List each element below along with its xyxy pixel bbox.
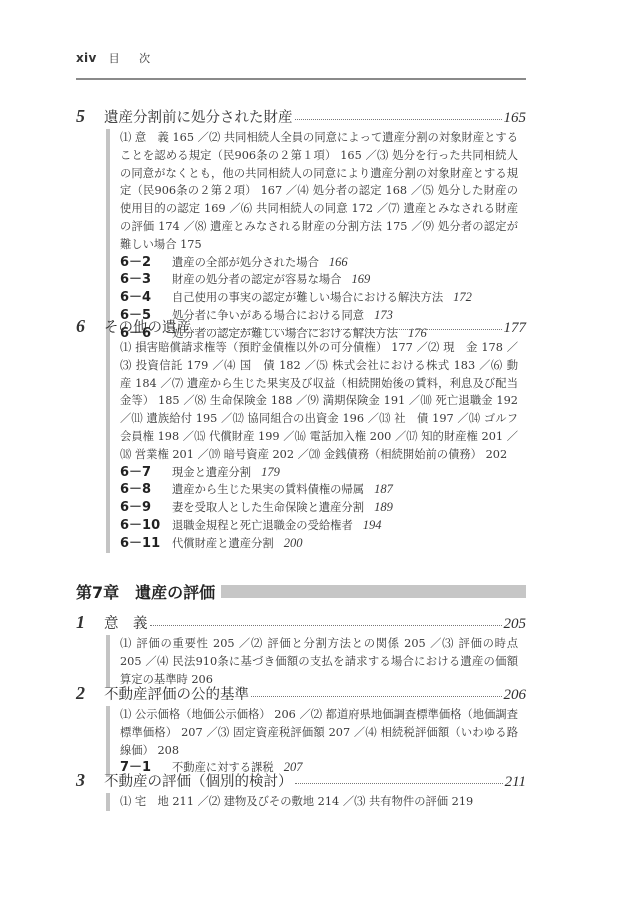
section-contents: ⑴ 損害賠償請求権等（預貯金債権以外の可分債権） 177 ／⑵ 現 金 178 … — [106, 339, 518, 553]
section-heading[interactable]: 3 不動産の評価（個別的検討） 211 — [76, 770, 526, 790]
column-number: 6－10 — [120, 517, 172, 535]
section-title: 不動産評価の公的基準 — [104, 683, 249, 704]
leader-dots — [150, 625, 502, 626]
section-heading[interactable]: 1 意 義 205 — [76, 612, 526, 632]
column-entry[interactable]: 6－9妻を受取人とした生命保険と遺産分割189 — [120, 499, 518, 517]
column-title: 現金と遺産分割 — [172, 464, 251, 482]
subsection-list: ⑴ 評価の重要性 205 ／⑵ 評価と分割方法との関係 205 ／⑶ 評価の時点… — [120, 635, 518, 688]
page-number: xiv — [76, 51, 97, 65]
section-number: 3 — [76, 770, 104, 791]
section-page: 205 — [504, 616, 527, 633]
leader-dots — [193, 329, 502, 330]
chapter-bar — [221, 585, 526, 598]
running-head: xiv 目 次 — [76, 50, 516, 66]
section-contents: ⑴ 公示価格（地価公示価格） 206 ／⑵ 都道府県地価調査標準価格（地価調査標… — [106, 706, 518, 777]
section-number: 1 — [76, 612, 104, 633]
section-page: 211 — [505, 774, 526, 791]
column-entry[interactable]: 6－2遺産の全部が処分された場合166 — [120, 254, 518, 272]
column-page: 200 — [284, 535, 303, 553]
running-title: 目 次 — [109, 50, 159, 66]
toc-section-2[interactable]: 2 不動産評価の公的基準 206 ⑴ 公示価格（地価公示価格） 206 ／⑵ 都… — [76, 683, 526, 777]
column-title: 退職金規程と死亡退職金の受給権者 — [172, 517, 353, 535]
section-heading[interactable]: 2 不動産評価の公的基準 206 — [76, 683, 526, 703]
column-number: 6－9 — [120, 499, 172, 517]
column-page: 169 — [351, 271, 370, 289]
column-title: 自己使用の事実の認定が難しい場合における解決方法 — [172, 289, 443, 307]
section-page: 177 — [504, 320, 527, 337]
column-entry[interactable]: 6－7現金と遺産分割179 — [120, 464, 518, 482]
section-title: 不動産の評価（個別的検討） — [104, 770, 293, 791]
column-number: 6－8 — [120, 481, 172, 499]
column-page: 172 — [453, 289, 472, 307]
column-entry[interactable]: 6－11代償財産と遺産分割200 — [120, 535, 518, 553]
toc-section-6[interactable]: 6 その他の遺産 177 ⑴ 損害賠償請求権等（預貯金債権以外の可分債権） 17… — [76, 316, 526, 553]
column-title: 遺産から生じた果実の賃料債権の帰属 — [172, 481, 364, 499]
column-number: 6－4 — [120, 289, 172, 307]
subsection-list: ⑴ 損害賠償請求権等（預貯金債権以外の可分債権） 177 ／⑵ 現 金 178 … — [120, 339, 518, 464]
section-page: 165 — [504, 110, 527, 127]
column-title: 代償財産と遺産分割 — [172, 535, 274, 553]
toc-section-5[interactable]: 5 遺産分割前に処分された財産 165 ⑴ 意 義 165 ／⑵ 共同相続人全員… — [76, 106, 526, 343]
section-number: 5 — [76, 106, 104, 127]
section-contents: ⑴ 宅 地 211 ／⑵ 建物及びその敷地 214 ／⑶ 共有物件の評価 219 — [106, 793, 518, 811]
leader-dots — [295, 783, 503, 784]
column-page: 189 — [374, 499, 393, 517]
header-rule — [76, 78, 526, 80]
column-title: 財産の処分者の認定が容易な場合 — [172, 271, 341, 289]
column-page: 194 — [363, 517, 382, 535]
column-number: 6－2 — [120, 254, 172, 272]
column-title: 妻を受取人とした生命保険と遺産分割 — [172, 499, 364, 517]
leader-dots — [295, 119, 502, 120]
section-number: 2 — [76, 683, 104, 704]
toc-section-1[interactable]: 1 意 義 205 ⑴ 評価の重要性 205 ／⑵ 評価と分割方法との関係 20… — [76, 612, 526, 688]
subsection-list: ⑴ 宅 地 211 ／⑵ 建物及びその敷地 214 ／⑶ 共有物件の評価 219 — [120, 793, 518, 811]
column-entry[interactable]: 6－8遺産から生じた果実の賃料債権の帰属187 — [120, 481, 518, 499]
section-title: 遺産分割前に処分された財産 — [104, 106, 293, 127]
section-page: 206 — [504, 687, 527, 704]
toc-section-3[interactable]: 3 不動産の評価（個別的検討） 211 ⑴ 宅 地 211 ／⑵ 建物及びその敷… — [76, 770, 526, 811]
subsection-list: ⑴ 意 義 165 ／⑵ 共同相続人全員の同意によって遺産分割の対象財産とするこ… — [120, 129, 518, 254]
column-number: 6－7 — [120, 464, 172, 482]
section-title: 意 義 — [104, 612, 148, 633]
leader-dots — [251, 696, 502, 697]
chapter-heading[interactable]: 第7章 遺産の評価 — [76, 580, 526, 603]
section-number: 6 — [76, 316, 104, 337]
column-title: 遺産の全部が処分された場合 — [172, 254, 319, 272]
column-number: 6－11 — [120, 535, 172, 553]
section-heading[interactable]: 5 遺産分割前に処分された財産 165 — [76, 106, 526, 126]
column-page: 179 — [261, 464, 280, 482]
chapter-title: 遺産の評価 — [135, 580, 215, 603]
subsection-list: ⑴ 公示価格（地価公示価格） 206 ／⑵ 都道府県地価調査標準価格（地価調査標… — [120, 706, 518, 759]
column-number: 6－3 — [120, 271, 172, 289]
section-contents: ⑴ 意 義 165 ／⑵ 共同相続人全員の同意によって遺産分割の対象財産とするこ… — [106, 129, 518, 343]
section-title: その他の遺産 — [104, 316, 191, 337]
column-entry[interactable]: 6－10退職金規程と死亡退職金の受給権者194 — [120, 517, 518, 535]
column-entry[interactable]: 6－3財産の処分者の認定が容易な場合169 — [120, 271, 518, 289]
column-entry[interactable]: 6－4自己使用の事実の認定が難しい場合における解決方法172 — [120, 289, 518, 307]
chapter-number: 第7章 — [76, 580, 119, 603]
section-heading[interactable]: 6 その他の遺産 177 — [76, 316, 526, 336]
column-page: 166 — [329, 254, 348, 272]
column-page: 187 — [374, 481, 393, 499]
section-contents: ⑴ 評価の重要性 205 ／⑵ 評価と分割方法との関係 205 ／⑶ 評価の時点… — [106, 635, 518, 688]
